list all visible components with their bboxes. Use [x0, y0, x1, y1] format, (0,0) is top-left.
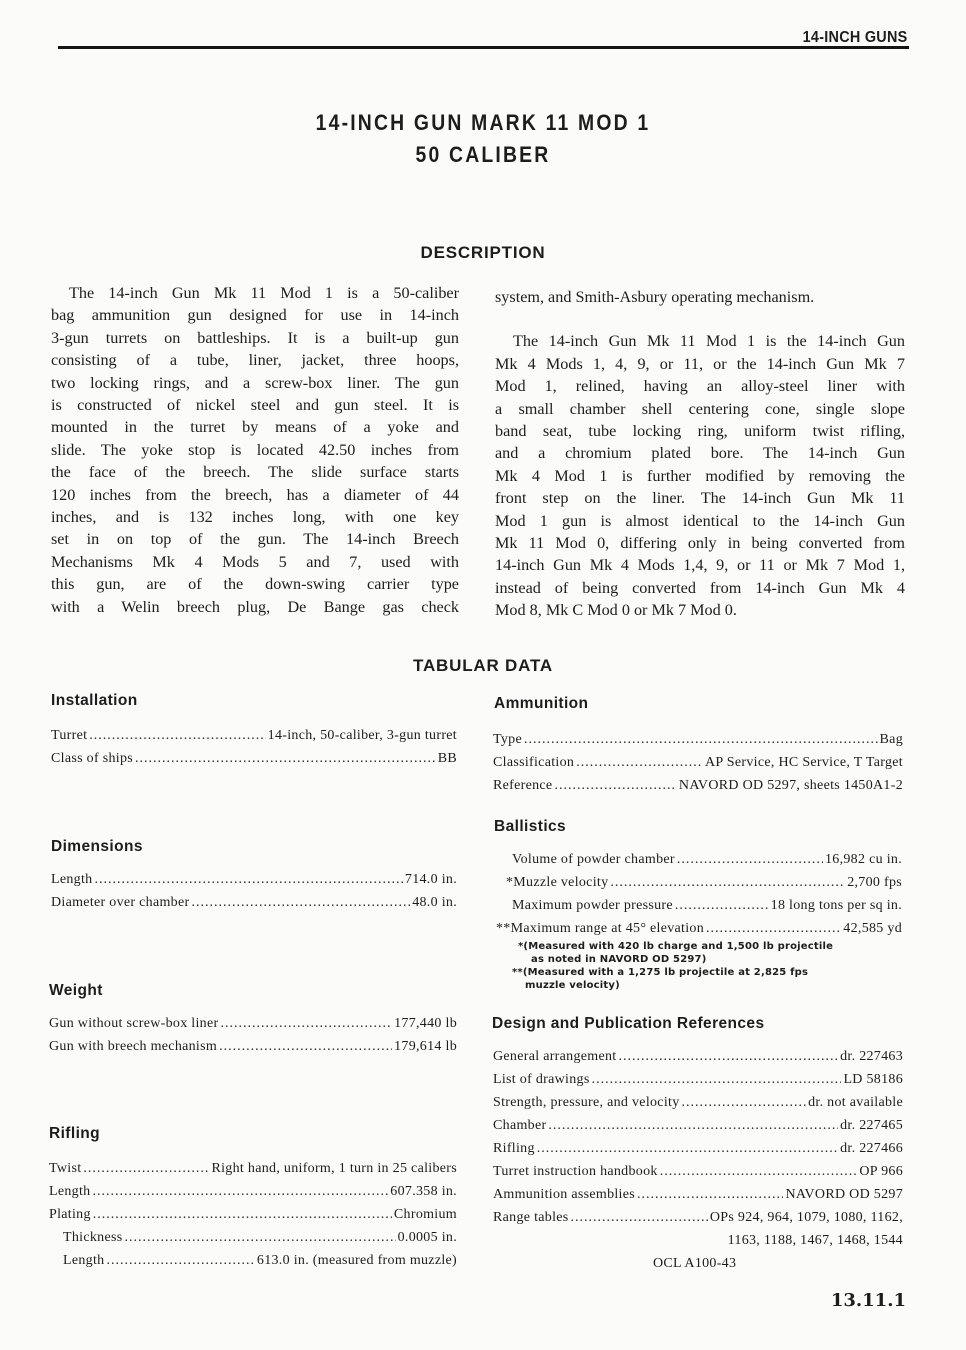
row-value: Chromium	[394, 1203, 457, 1226]
table-row: Turret14-inch, 50-caliber, 3-gun turret	[51, 724, 457, 747]
row-value: AP Service, HC Service, T Target	[705, 751, 903, 774]
leader-dots	[219, 1035, 392, 1058]
description-line: is constructed of nickel steel and gun s…	[51, 394, 459, 416]
description-line: band seat, tube locking ring, uniform tw…	[495, 420, 905, 442]
table-row: Turret instruction handbookOP 966	[493, 1160, 903, 1183]
leader-dots	[106, 1249, 254, 1272]
row-label: Range tables	[493, 1206, 569, 1229]
row-label: List of drawings	[493, 1068, 590, 1091]
leader-dots	[571, 1206, 708, 1229]
dimensions-heading: Dimensions	[51, 838, 143, 856]
description-line: Mod 1 gun is almost identical to the 14-…	[495, 510, 905, 532]
installation-heading: Installation	[51, 692, 138, 710]
row-label: Gun without screw-box liner	[49, 1012, 218, 1035]
row-label: Volume of powder chamber	[512, 848, 675, 871]
row-label: Maximum powder pressure	[512, 894, 673, 917]
row-value: OP 966	[859, 1160, 903, 1183]
row-value: 714.0 in.	[405, 868, 457, 891]
table-row: Strength, pressure, and velocitydr. not …	[493, 1091, 903, 1114]
table-row: Ammunition assembliesNAVORD OD 5297	[493, 1183, 903, 1206]
leader-dots	[576, 751, 703, 774]
table-row: Gun with breech mechanism179,614 lb	[49, 1035, 457, 1058]
leader-dots	[191, 891, 410, 914]
row-label: Rifling	[493, 1137, 535, 1160]
leader-dots	[677, 848, 823, 871]
description-paragraph: system, and Smith-Asbury operating mecha…	[495, 286, 905, 308]
page-number: 13.11.1	[831, 1290, 906, 1311]
description-line: Mk 11 Mod 0, differing only in being con…	[495, 532, 905, 554]
table-row: Volume of powder chamber16,982 cu in.	[494, 848, 902, 871]
row-label: Strength, pressure, and velocity	[493, 1091, 680, 1114]
ballistics-heading: Ballistics	[494, 818, 566, 836]
row-value: NAVORD OD 5297	[785, 1183, 903, 1206]
ammunition-heading: Ammunition	[494, 695, 588, 713]
row-value: OPs 924, 964, 1079, 1080, 1162,	[710, 1206, 903, 1229]
row-value: dr. not available	[808, 1091, 903, 1114]
row-value: Right hand, uniform, 1 turn in 25 calibe…	[211, 1157, 457, 1180]
description-line: slide. The yoke stop is located 42.50 in…	[51, 439, 459, 461]
description-right-column: system, and Smith-Asbury operating mecha…	[495, 286, 905, 622]
tabular-data-heading: TABULAR DATA	[0, 656, 966, 676]
rifling-table: TwistRight hand, uniform, 1 turn in 25 c…	[49, 1157, 457, 1272]
rifling-heading: Rifling	[49, 1125, 100, 1143]
leader-dots	[660, 1160, 858, 1183]
references-heading: Design and Publication References	[492, 1015, 764, 1033]
leader-dots	[618, 1045, 838, 1068]
leader-dots	[135, 747, 436, 770]
row-label: **Maximum range at 45° elevation	[496, 917, 704, 940]
row-label: General arrangement	[493, 1045, 616, 1068]
ammunition-table: TypeBagClassificationAP Service, HC Serv…	[493, 728, 903, 797]
row-value: LD 58186	[843, 1068, 903, 1091]
row-label: Gun with breech mechanism	[49, 1035, 217, 1058]
row-value: 16,982 cu in.	[825, 848, 902, 871]
row-label: *Muzzle velocity	[506, 871, 608, 894]
description-line: Mk 4 Mods 1, 4, 9, or 11, or the 14-inch…	[495, 353, 905, 375]
description-line: consisting of a tube, liner, jacket, thr…	[51, 349, 459, 371]
row-label: Plating	[49, 1203, 91, 1226]
description-line: a small chamber shell centering cone, si…	[495, 398, 905, 420]
row-label: Twist	[49, 1157, 81, 1180]
description-line: The 14-inch Gun Mk 11 Mod 1 is the 14-in…	[495, 330, 905, 352]
row-value: 48.0 in.	[412, 891, 457, 914]
description-paragraph: The 14-inch Gun Mk 11 Mod 1 is the 14-in…	[495, 330, 905, 621]
page-title: 14-INCH GUN MARK 11 MOD 1	[58, 110, 908, 136]
table-row: **Maximum range at 45° elevation42,585 y…	[494, 917, 902, 940]
description-line: mounted in the turret by means of a yoke…	[51, 416, 459, 438]
row-label: Thickness	[63, 1226, 122, 1249]
row-value: NAVORD OD 5297, sheets 1450A1-2	[679, 774, 903, 797]
leader-dots	[675, 894, 769, 917]
leader-dots	[610, 871, 845, 894]
table-row: ClassificationAP Service, HC Service, T …	[493, 751, 903, 774]
description-line: 14-inch Gun Mk 4 Mods 1,4, 9, or 11 or M…	[495, 554, 905, 576]
ballistics-table: Volume of powder chamber16,982 cu in.*Mu…	[494, 848, 902, 992]
installation-table: Turret14-inch, 50-caliber, 3-gun turretC…	[51, 724, 457, 770]
description-line: and a chromium plated bore. The 14-inch …	[495, 442, 905, 464]
weight-table: Gun without screw-box liner177,440 lbGun…	[49, 1012, 457, 1058]
leader-dots	[83, 1157, 209, 1180]
row-value: dr. 227463	[840, 1045, 903, 1068]
row-value: Bag	[880, 728, 903, 751]
row-value: dr. 227465	[840, 1114, 903, 1137]
table-row: Length613.0 in. (measured from muzzle)	[49, 1249, 457, 1272]
row-label: Class of ships	[51, 747, 133, 770]
description-line: inches, and is 132 inches long, with one…	[51, 506, 459, 528]
table-row: TypeBag	[493, 728, 903, 751]
description-line: instead of being converted from 14-inch …	[495, 577, 905, 599]
table-row: *Muzzle velocity2,700 fps	[494, 871, 902, 894]
description-line: front step on the liner. The 14-inch Gun…	[495, 487, 905, 509]
table-row: Riflingdr. 227466	[493, 1137, 903, 1160]
row-label: Diameter over chamber	[51, 891, 189, 914]
description-line: Mod 8, Mk C Mod 0 or Mk 7 Mod 0.	[495, 599, 905, 621]
header-rule	[58, 46, 909, 49]
table-row: Gun without screw-box liner177,440 lb	[49, 1012, 457, 1035]
table-row: Maximum powder pressure18 long tons per …	[494, 894, 902, 917]
table-row: PlatingChromium	[49, 1203, 457, 1226]
row-value: 179,614 lb	[394, 1035, 457, 1058]
description-line: this gun, are of the down-swing carrier …	[51, 573, 459, 595]
row-value: 14-inch, 50-caliber, 3-gun turret	[268, 724, 457, 747]
description-line: set in on top of the gun. The 14-inch Br…	[51, 528, 459, 550]
description-line: Mechanisms Mk 4 Mods 5 and 7, used with	[51, 551, 459, 573]
leader-dots	[92, 1180, 388, 1203]
row-value: BB	[438, 747, 457, 770]
description-line: bag ammunition gun designed for use in 1…	[51, 304, 459, 326]
description-line: the face of the breech. The slide surfac…	[51, 461, 459, 483]
row-label: Type	[493, 728, 522, 751]
row-label: Length	[51, 868, 92, 891]
leader-dots	[592, 1068, 842, 1091]
row-label: Classification	[493, 751, 574, 774]
row-value: 2,700 fps	[847, 871, 902, 894]
row-value: 613.0 in. (measured from muzzle)	[257, 1249, 457, 1272]
leader-dots	[706, 917, 841, 940]
references-table: General arrangementdr. 227463List of dra…	[493, 1045, 903, 1275]
row-value: 177,440 lb	[394, 1012, 457, 1035]
leader-dots	[220, 1012, 392, 1035]
row-label: Length	[63, 1249, 104, 1272]
leader-dots	[524, 728, 878, 751]
row-value: dr. 227466	[840, 1137, 903, 1160]
row-label: Turret	[51, 724, 87, 747]
running-head: 14-INCH GUNS	[803, 29, 908, 47]
leader-dots	[124, 1226, 395, 1249]
row-label: Reference	[493, 774, 552, 797]
leader-dots	[94, 868, 402, 891]
table-row: Range tablesOPs 924, 964, 1079, 1080, 11…	[493, 1206, 903, 1229]
table-row: Length714.0 in.	[51, 868, 457, 891]
leader-dots	[89, 724, 265, 747]
table-row: Diameter over chamber48.0 in.	[51, 891, 457, 914]
leader-dots	[682, 1091, 807, 1114]
dimensions-table: Length714.0 in.Diameter over chamber48.0…	[51, 868, 457, 914]
row-value: 0.0005 in.	[398, 1226, 457, 1249]
row-label: Chamber	[493, 1114, 546, 1137]
table-row: General arrangementdr. 227463	[493, 1045, 903, 1068]
table-row: Class of shipsBB	[51, 747, 457, 770]
table-row: Thickness0.0005 in.	[49, 1226, 457, 1249]
table-row: Chamberdr. 227465	[493, 1114, 903, 1137]
row-label: Turret instruction handbook	[493, 1160, 658, 1183]
range-tables-ocl: OCL A100-43	[493, 1252, 903, 1275]
table-row: Length607.358 in.	[49, 1180, 457, 1203]
ballistics-footnote: *(Measured with 420 lb charge and 1,500 …	[494, 940, 902, 966]
row-label: Ammunition assemblies	[493, 1183, 635, 1206]
leader-dots	[548, 1114, 838, 1137]
description-line: with a Welin breech plug, De Bange gas c…	[51, 596, 459, 618]
description-line: 3-gun turrets on battleships. It is a bu…	[51, 327, 459, 349]
ballistics-footnote: **(Measured with a 1,275 lb projectile a…	[494, 966, 902, 992]
table-row: ReferenceNAVORD OD 5297, sheets 1450A1-2	[493, 774, 903, 797]
description-line: The 14-inch Gun Mk 11 Mod 1 is a 50-cali…	[51, 282, 459, 304]
row-value: 18 long tons per sq in.	[771, 894, 902, 917]
row-value: 607.358 in.	[390, 1180, 457, 1203]
weight-heading: Weight	[49, 982, 103, 1000]
leader-dots	[554, 774, 676, 797]
table-row: List of drawingsLD 58186	[493, 1068, 903, 1091]
table-row: TwistRight hand, uniform, 1 turn in 25 c…	[49, 1157, 457, 1180]
leader-dots	[93, 1203, 392, 1226]
description-line: two locking rings, and a screw-box liner…	[51, 372, 459, 394]
range-tables-continued: 1163, 1188, 1467, 1468, 1544	[493, 1229, 903, 1252]
description-left-column: The 14-inch Gun Mk 11 Mod 1 is a 50-cali…	[51, 282, 459, 618]
leader-dots	[637, 1183, 783, 1206]
description-heading: DESCRIPTION	[0, 243, 966, 263]
description-line: Mk 4 Mod 1 is further modified by removi…	[495, 465, 905, 487]
description-line: 120 inches from the breech, has a diamet…	[51, 484, 459, 506]
row-value: 42,585 yd	[843, 917, 902, 940]
leader-dots	[537, 1137, 838, 1160]
page-subtitle: 50 CALIBER	[58, 142, 908, 168]
description-line: Mod 1, relined, having an alloy-steel li…	[495, 375, 905, 397]
row-label: Length	[49, 1180, 90, 1203]
